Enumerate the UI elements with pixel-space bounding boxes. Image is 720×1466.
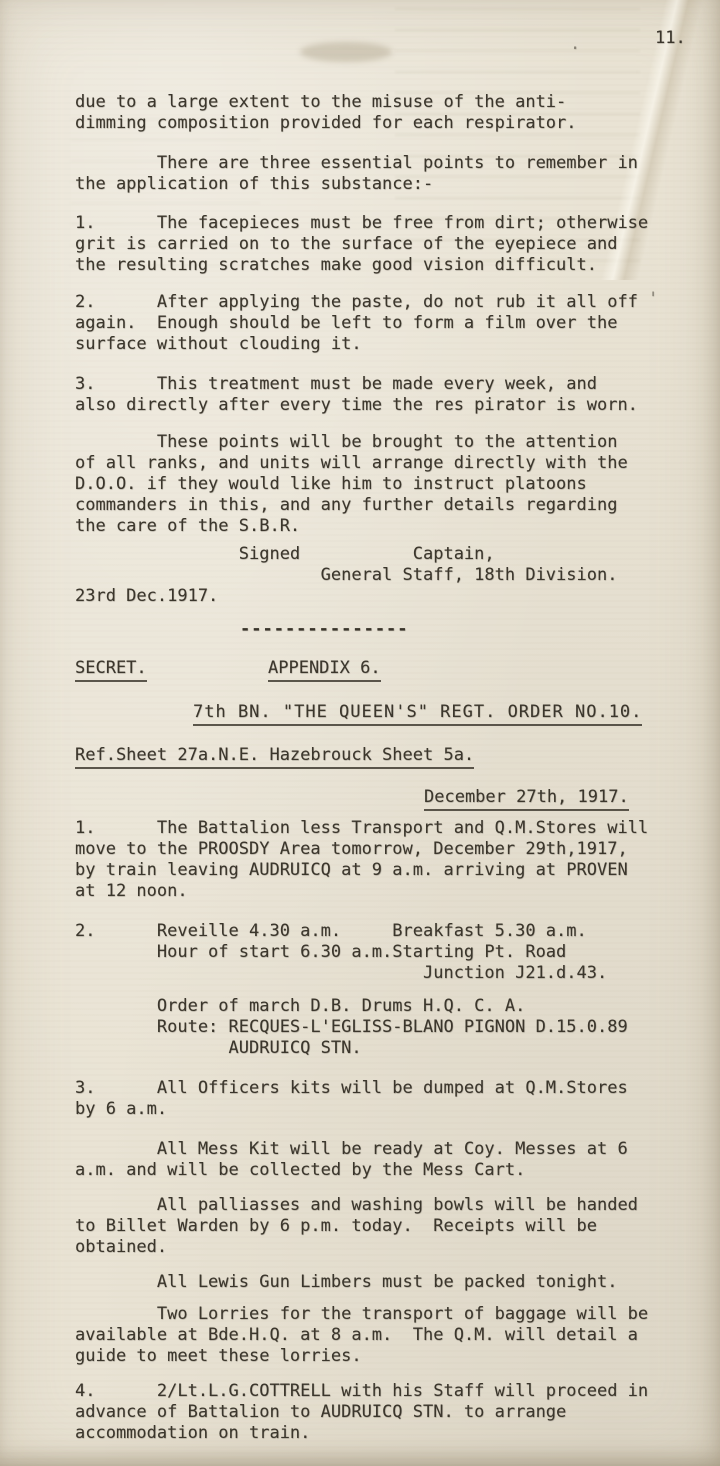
para-attention: These points will be brought to the atte… <box>75 432 628 537</box>
order-item-3-mess: All Mess Kit will be ready at Coy. Messe… <box>75 1139 628 1181</box>
separator-dashes: --------------- <box>240 619 409 640</box>
page-number: 11. <box>655 28 686 49</box>
order-item-1: 1. The Battalion less Transport and Q.M.… <box>75 818 648 902</box>
order-date: December 27th, 1917. <box>424 787 629 811</box>
order-item-2-march: Order of march D.B. Drums H.Q. C. A. Rou… <box>75 996 628 1059</box>
map-reference: Ref.Sheet 27a.N.E. Hazebrouck Sheet 5a. <box>75 745 474 769</box>
order-item-4: 4. 2/Lt.L.G.COTTRELL with his Staff will… <box>75 1381 648 1444</box>
order-item-3-palliasses: All palliasses and washing bowls will be… <box>75 1195 638 1258</box>
order-item-3-lewis: All Lewis Gun Limbers must be packed ton… <box>75 1272 617 1293</box>
document-page: . 11. due to a large extent to the misus… <box>0 0 720 1466</box>
signature-block: Signed Captain, General Staff, 18th Divi… <box>75 544 617 607</box>
order-item-3-kits: 3. All Officers kits will be dumped at Q… <box>75 1078 628 1120</box>
memo-point-3: 3. This treatment must be made every wee… <box>75 374 638 416</box>
order-item-2-times: 2. Reveille 4.30 a.m. Breakfast 5.30 a.m… <box>75 921 607 984</box>
stray-ink-mark: ' <box>648 289 658 310</box>
stray-dot: . <box>570 34 580 55</box>
para-three-points: There are three essential points to reme… <box>75 153 638 195</box>
classification-secret: SECRET. <box>75 658 147 682</box>
appendix-title: APPENDIX 6. <box>268 658 381 682</box>
order-title: 7th BN. "THE QUEEN'S" REGT. ORDER NO.10. <box>193 702 642 726</box>
order-item-3-lorries: Two Lorries for the transport of baggage… <box>75 1304 648 1367</box>
memo-point-1: 1. The facepieces must be free from dirt… <box>75 213 648 276</box>
memo-point-2: 2. After applying the paste, do not rub … <box>75 292 638 355</box>
para-anti-dimming: due to a large extent to the misuse of t… <box>75 92 577 134</box>
ink-smudge <box>300 42 392 62</box>
